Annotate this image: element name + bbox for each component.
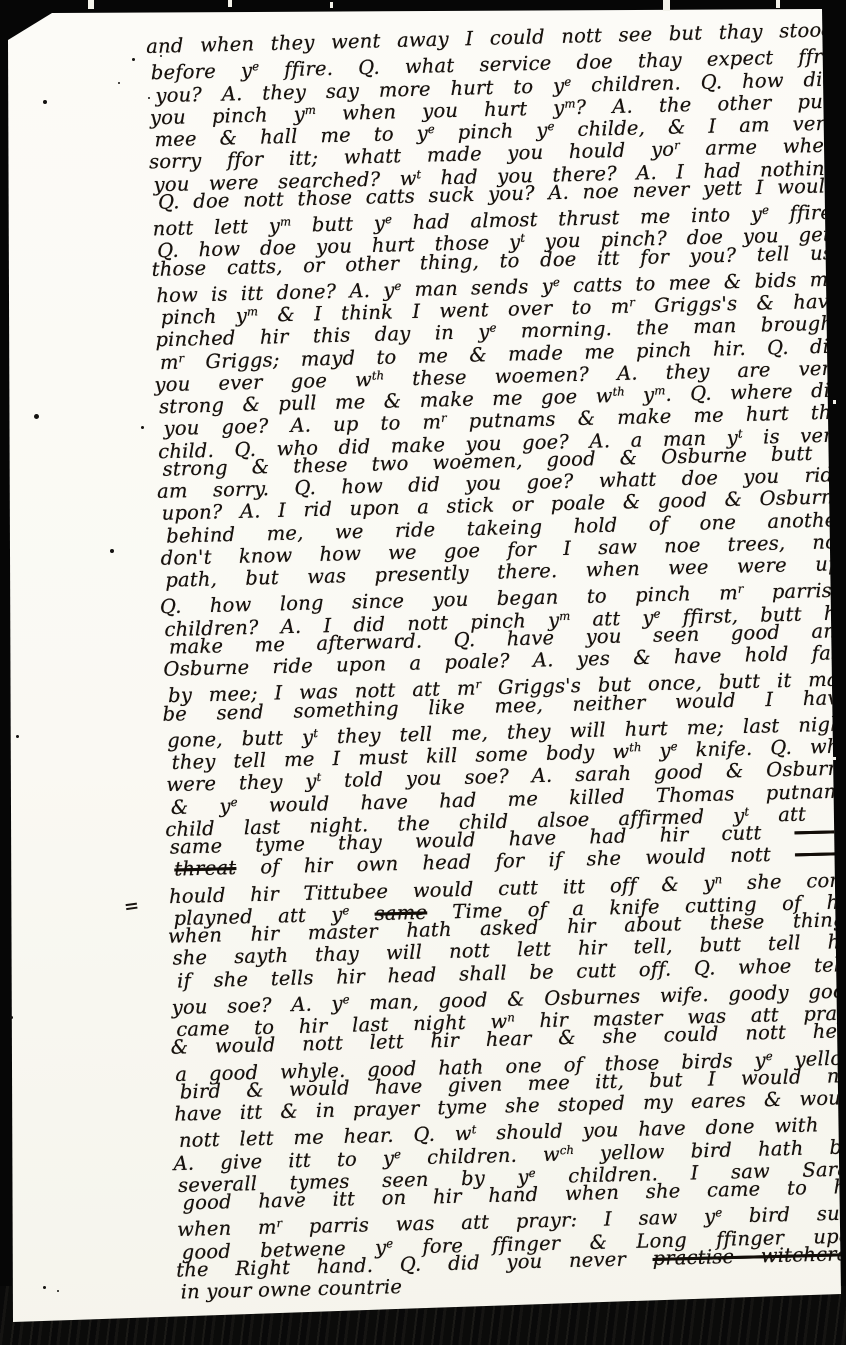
scan-edge-notch [776, 0, 780, 8]
scan-edge-notch [833, 400, 836, 404]
ink-speck [118, 82, 120, 84]
scan-edge-notch [663, 0, 670, 11]
scan-background: and when they went away I could nott see… [0, 0, 846, 1345]
ink-speck [160, 55, 162, 57]
ink-speck [10, 1016, 13, 1019]
ink-speck [57, 1290, 59, 1292]
ink-speck [43, 1286, 46, 1289]
handwritten-text-block: and when they went away I could nott see… [146, 19, 846, 1304]
ink-speck [16, 735, 19, 738]
scan-edge-notch [88, 0, 94, 9]
ink-speck [110, 549, 114, 553]
margin-correction-mark: = [123, 895, 141, 918]
scan-edge-notch [330, 2, 333, 8]
ink-speck [141, 426, 144, 429]
manuscript-page: and when they went away I could nott see… [0, 0, 846, 1345]
ink-speck [148, 97, 150, 99]
ink-speck [132, 58, 135, 61]
ink-speck [34, 414, 39, 419]
scan-edge-notch [832, 757, 836, 760]
scan-edge-notch [228, 0, 232, 7]
ink-speck [43, 100, 47, 104]
